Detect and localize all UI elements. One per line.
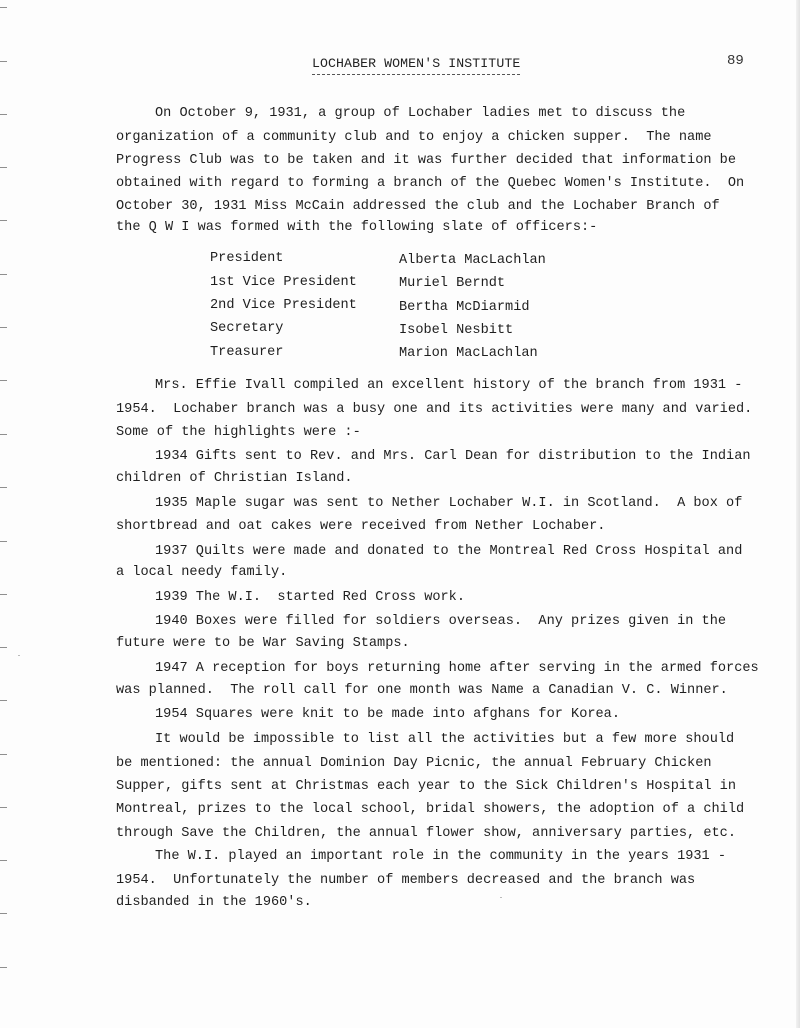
officer-name: Isobel Nesbitt bbox=[399, 324, 513, 338]
margin-tick bbox=[0, 114, 7, 115]
text-line: 1935 Maple sugar was sent to Nether Loch… bbox=[155, 497, 742, 511]
margin-tick bbox=[0, 434, 7, 435]
margin-tick bbox=[0, 700, 7, 701]
text-line: be mentioned: the annual Dominion Day Pi… bbox=[116, 757, 712, 771]
text-line: Some of the highlights were :- bbox=[116, 426, 361, 440]
text-line: future were to be War Saving Stamps. bbox=[116, 637, 410, 651]
margin-tick bbox=[0, 647, 7, 648]
margin-tick bbox=[0, 327, 7, 328]
text-line: the Q W I was formed with the following … bbox=[116, 221, 597, 235]
scan-speck bbox=[18, 655, 20, 656]
margin-tick bbox=[0, 380, 7, 381]
officer-role: Secretary bbox=[210, 322, 283, 336]
officer-name: Muriel Berndt bbox=[399, 277, 505, 291]
text-line: Montreal, prizes to the local school, br… bbox=[116, 803, 744, 817]
text-line: 1939 The W.I. started Red Cross work. bbox=[155, 591, 465, 605]
margin-tick bbox=[0, 487, 7, 488]
text-line: was planned. The roll call for one month… bbox=[116, 684, 728, 698]
text-line: 1954. Lochaber branch was a busy one and… bbox=[116, 403, 752, 417]
margin-tick bbox=[0, 754, 7, 755]
margin-tick bbox=[0, 274, 7, 275]
margin-tick bbox=[0, 913, 7, 914]
page-edge-shadow bbox=[796, 0, 800, 1028]
officer-name: Bertha McDiarmid bbox=[399, 301, 530, 315]
officer-role: Treasurer bbox=[210, 346, 283, 360]
text-line: obtained with regard to forming a branch… bbox=[116, 177, 744, 191]
officer-name: Alberta MacLachlan bbox=[399, 254, 546, 268]
text-line: 1940 Boxes were filled for soldiers over… bbox=[155, 615, 726, 629]
margin-tick bbox=[0, 967, 7, 968]
text-line: 1937 Quilts were made and donated to the… bbox=[155, 545, 742, 559]
margin-tick bbox=[0, 807, 7, 808]
text-line: Supper, gifts sent at Christmas each yea… bbox=[116, 780, 736, 794]
text-line: 1934 Gifts sent to Rev. and Mrs. Carl De… bbox=[155, 450, 751, 464]
margin-tick bbox=[0, 7, 7, 8]
text-line: children of Christian Island. bbox=[116, 472, 353, 486]
text-line: It would be impossible to list all the a… bbox=[155, 733, 734, 747]
text-line: a local needy family. bbox=[116, 566, 287, 580]
text-line: Mrs. Effie Ivall compiled an excellent h… bbox=[155, 379, 742, 393]
margin-tick bbox=[0, 541, 7, 542]
text-line: The W.I. played an important role in the… bbox=[155, 850, 726, 864]
officer-role: 1st Vice President bbox=[210, 276, 357, 290]
officer-role: President bbox=[210, 252, 283, 266]
text-line: disbanded in the 1960's. bbox=[116, 896, 312, 910]
page-title: LOCHABER WOMEN'S INSTITUTE bbox=[312, 56, 520, 75]
text-line: shortbread and oat cakes were received f… bbox=[116, 520, 605, 534]
text-line: through Save the Children, the annual fl… bbox=[116, 827, 736, 841]
page-number: 89 bbox=[727, 53, 744, 69]
officer-name: Marion MacLachlan bbox=[399, 347, 538, 361]
text-line: 1954. Unfortunately the number of member… bbox=[116, 874, 695, 888]
text-line: Progress Club was to be taken and it was… bbox=[116, 154, 736, 168]
text-line: 1954 Squares were knit to be made into a… bbox=[155, 708, 620, 722]
scan-speck bbox=[500, 897, 502, 898]
margin-tick bbox=[0, 594, 7, 595]
margin-tick bbox=[0, 167, 7, 168]
text-line: October 30, 1931 Miss McCain addressed t… bbox=[116, 200, 720, 214]
text-line: On October 9, 1931, a group of Lochaber … bbox=[155, 107, 685, 121]
margin-tick bbox=[0, 220, 7, 221]
text-line: organization of a community club and to … bbox=[116, 131, 712, 145]
margin-tick bbox=[0, 61, 7, 62]
officer-role: 2nd Vice President bbox=[210, 299, 357, 313]
document-page: LOCHABER WOMEN'S INSTITUTE 89 On October… bbox=[0, 0, 800, 1028]
text-line: 1947 A reception for boys returning home… bbox=[155, 662, 759, 676]
margin-tick bbox=[0, 860, 7, 861]
